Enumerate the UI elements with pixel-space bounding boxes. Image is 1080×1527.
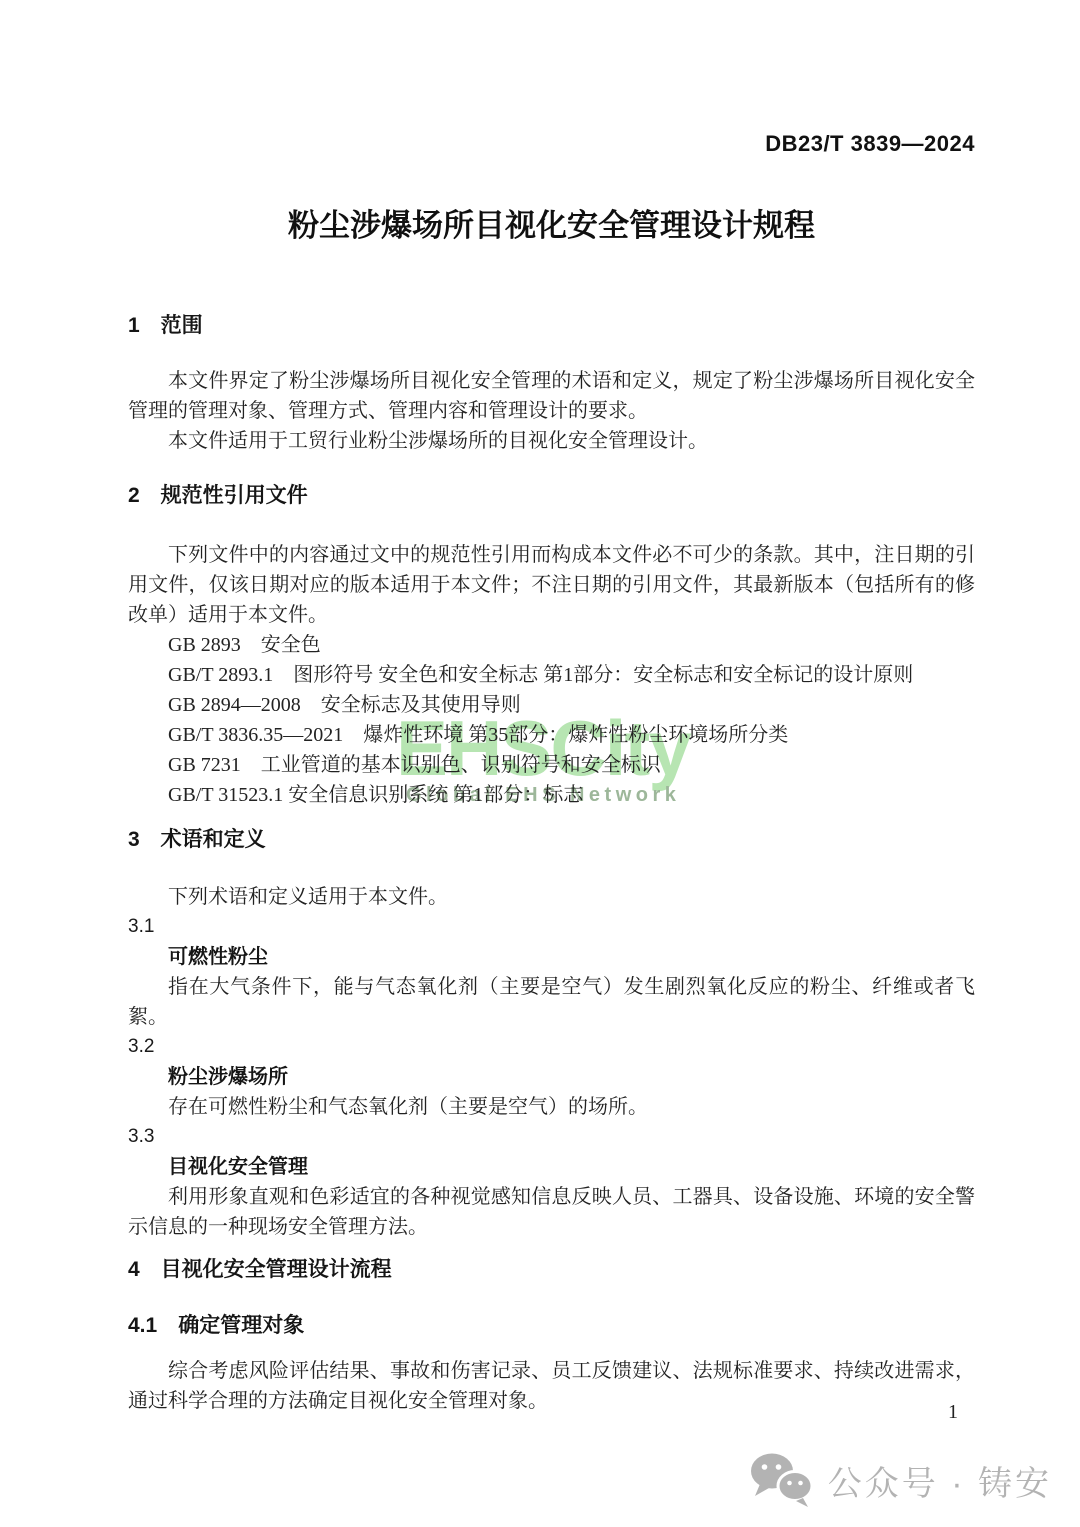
scope-paragraph-2: 本文件适用于工贸行业粉尘涉爆场所的目视化安全管理设计。 — [128, 426, 975, 456]
reference-item: GB/T 31523.1 安全信息识别系统 第1部分：标志 — [168, 780, 975, 810]
term-block: 3.3 目视化安全管理 利用形象直观和色彩适宜的各种视觉感知信息反映人员、工器具… — [128, 1122, 975, 1242]
term-name: 粉尘涉爆场所 — [168, 1062, 975, 1092]
reference-list: GB 2893 安全色 GB/T 2893.1 图形符号 安全色和安全标志 第1… — [128, 630, 975, 810]
reference-item: GB/T 3836.35—2021 爆炸性环境 第35部分：爆炸性粉尘环境场所分… — [168, 720, 975, 750]
page-title: 粉尘涉爆场所目视化安全管理设计规程 — [128, 206, 975, 246]
section-heading-scope: 1 范围 — [128, 312, 975, 340]
term-number: 3.3 — [128, 1122, 975, 1152]
section-heading-terms: 3 术语和定义 — [128, 826, 975, 854]
page-number: 1 — [948, 1400, 958, 1424]
document-header: DB23/T 3839—2024 — [128, 132, 975, 156]
term-number: 3.1 — [128, 912, 975, 942]
reference-item: GB 2893 安全色 — [168, 630, 975, 660]
wechat-icon — [750, 1452, 814, 1508]
section-heading-design-process: 4 目视化安全管理设计流程 — [128, 1256, 975, 1284]
term-definition: 指在大气条件下，能与气态氧化剂（主要是空气）发生剧烈氧化反应的粉尘、纤维或者飞絮… — [128, 972, 975, 1032]
subsection-heading-determine-objects: 4.1 确定管理对象 — [128, 1312, 975, 1340]
reference-item: GB 2894—2008 安全标志及其使用导则 — [168, 690, 975, 720]
scope-paragraph-1: 本文件界定了粉尘涉爆场所目视化安全管理的术语和定义，规定了粉尘涉爆场所目视化安全… — [128, 366, 975, 426]
normative-references-intro: 下列文件中的内容通过文中的规范性引用而构成本文件必不可少的条款。其中，注日期的引… — [128, 540, 975, 630]
document-page: EHSCity Global EHS Network DB23/T 3839—2… — [0, 0, 1080, 1527]
reference-item: GB 7231 工业管道的基本识别色、识别符号和安全标识 — [168, 750, 975, 780]
footer-brand-text: 公众号 · 铸安 — [828, 1456, 1052, 1505]
term-block: 3.1 可燃性粉尘 指在大气条件下，能与气态氧化剂（主要是空气）发生剧烈氧化反应… — [128, 912, 975, 1032]
determine-objects-paragraph: 综合考虑风险评估结果、事故和伤害记录、员工反馈建议、法规标准要求、持续改进需求，… — [128, 1356, 975, 1416]
doc-number: DB23/T 3839—2024 — [765, 131, 975, 156]
footer-brand: 公众号 · 铸安 — [750, 1452, 1052, 1508]
terms-intro: 下列术语和定义适用于本文件。 — [128, 882, 975, 912]
reference-item: GB/T 2893.1 图形符号 安全色和安全标志 第1部分：安全标志和安全标记… — [168, 660, 975, 690]
document-content: DB23/T 3839—2024 粉尘涉爆场所目视化安全管理设计规程 1 范围 … — [0, 0, 1080, 1416]
term-definition: 利用形象直观和色彩适宜的各种视觉感知信息反映人员、工器具、设备设施、环境的安全警… — [128, 1182, 975, 1242]
term-block: 3.2 粉尘涉爆场所 存在可燃性粉尘和气态氧化剂（主要是空气）的场所。 — [128, 1032, 975, 1122]
term-definition: 存在可燃性粉尘和气态氧化剂（主要是空气）的场所。 — [128, 1092, 975, 1122]
section-heading-normative-references: 2 规范性引用文件 — [128, 482, 975, 510]
term-name: 可燃性粉尘 — [168, 942, 975, 972]
term-number: 3.2 — [128, 1032, 975, 1062]
term-name: 目视化安全管理 — [168, 1152, 975, 1182]
